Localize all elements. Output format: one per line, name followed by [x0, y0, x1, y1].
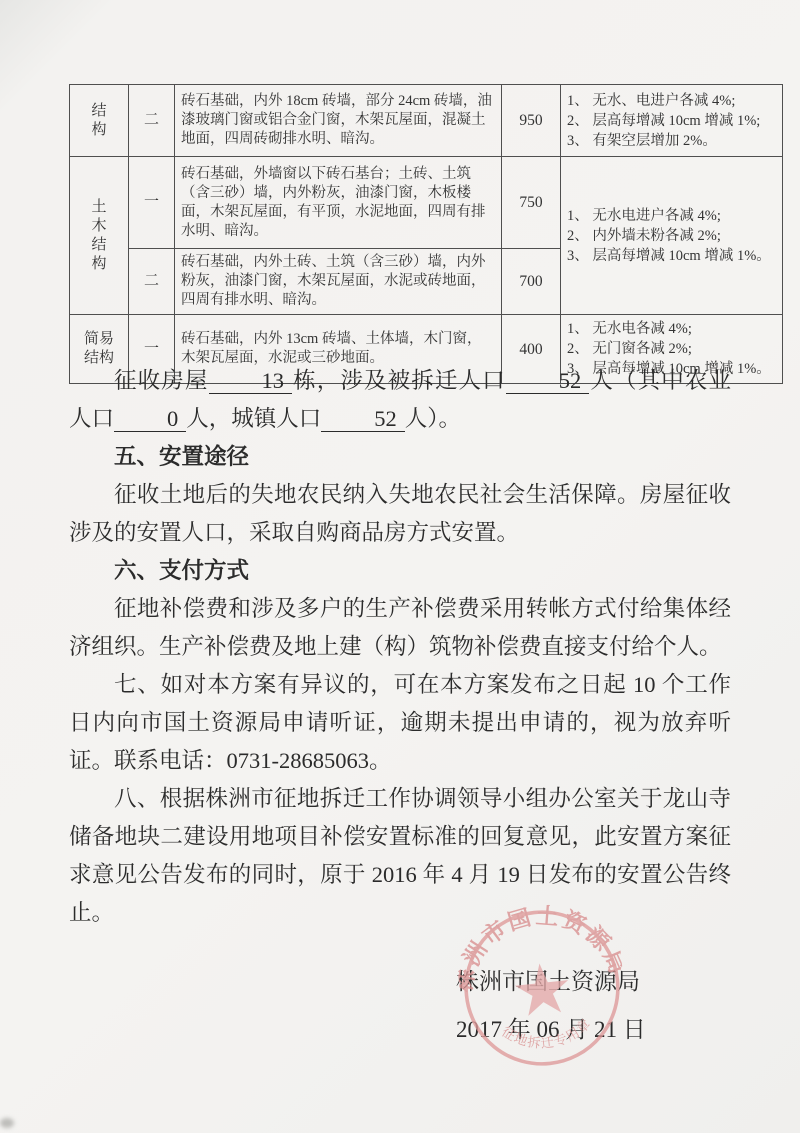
description-cell: 砖石基础，外墙窗以下砖石基台；土砖、土筑（含三砂）墙，内外粉灰，油漆门窗，木板楼… — [175, 157, 502, 249]
table-row: 结 构 二 砖石基础，内外 18cm 砖墙，部分 24cm 砖墙，油漆玻璃门窗或… — [70, 85, 783, 157]
text-segment: 栋，涉及被拆迁人口 — [292, 368, 506, 393]
document-page: 结 构 二 砖石基础，内外 18cm 砖墙，部分 24cm 砖墙，油漆玻璃门窗或… — [0, 0, 800, 1133]
remark-line: 1、 无水、电进户各减 4%; — [567, 91, 776, 111]
blank-value-population: 52 — [506, 369, 590, 394]
remark-line: 2、 层高每增减 10cm 增减 1%; — [567, 111, 776, 131]
text-segment: 征收房屋 — [114, 368, 209, 393]
remark-line: 2、 内外墙未粉各减 2%; — [567, 226, 776, 246]
blank-value-agricultural: 0 — [114, 407, 186, 432]
grade-cell: 二 — [129, 85, 175, 157]
price-cell: 750 — [502, 157, 561, 249]
signature-block: 株洲市国土资源局 2017 年 06 月 21 日 — [456, 958, 646, 1054]
paragraph-population: 征收房屋13栋，涉及被拆迁人口52人（其中农业人口0人，城镇人口52人）。 — [69, 362, 731, 438]
section-body-6: 征地补偿费和涉及多户的生产补偿费采用转帐方式付给集体经济组织。生产补偿费及地上建… — [69, 590, 731, 666]
text-segment: 人）。 — [405, 406, 461, 431]
remark-line: 3、 层高每增减 10cm 增减 1%。 — [567, 246, 776, 266]
grade-cell: 一 — [129, 157, 175, 249]
price-cell: 950 — [502, 85, 561, 157]
table-row: 土 木 结 构 一 砖石基础，外墙窗以下砖石基台；土砖、土筑（含三砂）墙，内外粉… — [70, 157, 783, 249]
section-body-5: 征收土地后的失地农民纳入失地农民社会生活保障。房屋征收涉及的安置人口，采取自购商… — [69, 476, 731, 552]
remark-line: 3、 有架空层增加 2%。 — [567, 131, 776, 151]
remark-line: 1、 无水电进户各减 4%; — [567, 206, 776, 226]
text-segment: 人，城镇人口 — [186, 406, 321, 431]
signature-date: 2017 年 06 月 21 日 — [456, 1006, 646, 1054]
category-cell: 土 木 结 构 — [70, 157, 129, 315]
compensation-standard-table: 结 构 二 砖石基础，内外 18cm 砖墙，部分 24cm 砖墙，油漆玻璃门窗或… — [69, 84, 783, 384]
scan-smudge — [0, 1118, 14, 1128]
remarks-cell: 1、 无水、电进户各减 4%; 2、 层高每增减 10cm 增减 1%; 3、 … — [561, 85, 783, 157]
description-cell: 砖石基础，内外 18cm 砖墙，部分 24cm 砖墙，油漆玻璃门窗或铝合金门窗，… — [175, 85, 502, 157]
document-body: 征收房屋13栋，涉及被拆迁人口52人（其中农业人口0人，城镇人口52人）。 五、… — [69, 362, 731, 932]
price-cell: 700 — [502, 249, 561, 315]
remark-line: 2、 无门窗各减 2%; — [567, 339, 776, 359]
section-body-7: 七、如对本方案有异议的，可在本方案发布之日起 10 个工作日内向市国土资源局申请… — [69, 666, 731, 780]
section-heading-5: 五、安置途径 — [69, 438, 731, 476]
remark-line: 1、 无水电各减 4%; — [567, 319, 776, 339]
blank-value-urban: 52 — [321, 407, 405, 432]
description-cell: 砖石基础，内外土砖、土筑（含三砂）墙，内外粉灰，油漆门窗，木架瓦屋面，水泥或砖地… — [175, 249, 502, 315]
category-cell: 结 构 — [70, 85, 129, 157]
remarks-cell: 1、 无水电进户各减 4%; 2、 内外墙未粉各减 2%; 3、 层高每增减 1… — [561, 157, 783, 315]
section-heading-6: 六、支付方式 — [69, 552, 731, 590]
blank-value-houses: 13 — [209, 369, 293, 394]
signature-org: 株洲市国土资源局 — [456, 958, 646, 1006]
section-body-8: 八、根据株洲市征地拆迁工作协调领导小组办公室关于龙山寺储备地块二建设用地项目补偿… — [69, 780, 731, 932]
grade-cell: 二 — [129, 249, 175, 315]
